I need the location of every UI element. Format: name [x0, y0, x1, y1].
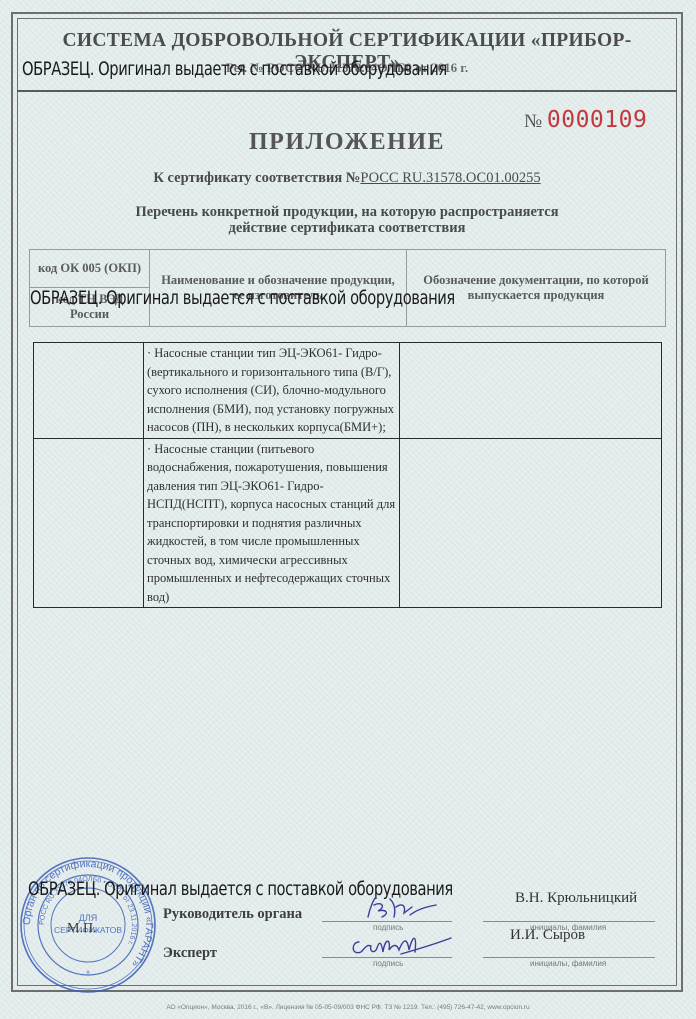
watermark-middle: ОБРАЗЕЦ. Оригинал выдается с поставкой о… — [30, 287, 455, 309]
certificate-reference-number: РОСС RU.31578.ОС01.00255 — [360, 170, 540, 186]
product-docs-cell — [400, 438, 662, 608]
header-divider — [17, 90, 677, 92]
head-of-body-name: В.Н. Крюльницкий — [515, 890, 637, 907]
watermark-top: ОБРАЗЕЦ. Оригинал выдается с поставкой о… — [22, 58, 447, 80]
expert-name-line — [483, 957, 655, 958]
product-code-cell — [34, 438, 144, 608]
head-of-body-label: Руководитель органа — [163, 906, 302, 923]
expert-label: Эксперт — [163, 945, 217, 962]
product-name-cell: · Насосные станции тип ЭЦ-ЭКО61- Гидро- … — [144, 343, 400, 439]
expert-name-caption: инициалы, фамилия — [530, 959, 606, 968]
product-name-cell: · Насосные станции (питьевого водоснабже… — [144, 438, 400, 608]
products-table: · Насосные станции тип ЭЦ-ЭКО61- Гидро- … — [33, 342, 662, 608]
product-docs-cell — [400, 343, 662, 439]
head-name-line — [483, 921, 655, 922]
table-row: · Насосные станции тип ЭЦ-ЭКО61- Гидро- … — [34, 343, 662, 439]
head-signature — [360, 893, 440, 925]
printer-footer: АО «Опцион», Москва, 2016 г., «В». Лицен… — [0, 1004, 696, 1011]
certificate-reference: К сертификату соответствия №РОСС RU.3157… — [17, 170, 677, 187]
list-title: Перечень конкретной продукции, на котору… — [17, 204, 677, 236]
svg-text:*: * — [86, 969, 90, 979]
appendix-title: ПРИЛОЖЕНИЕ — [17, 129, 677, 156]
list-title-line-1: Перечень конкретной продукции, на котору… — [17, 204, 677, 220]
expert-signature — [345, 930, 455, 964]
table-row: · Насосные станции (питьевого водоснабже… — [34, 438, 662, 608]
list-title-line-2: действие сертификата соответствия — [17, 220, 677, 236]
product-code-cell — [34, 343, 144, 439]
expert-name: И.И. Сыров — [510, 927, 585, 944]
certificate-reference-label: К сертификату соответствия № — [153, 170, 360, 186]
stamp-place-label: М.П. — [67, 921, 97, 937]
header-code-okp: код ОК 005 (ОКП) — [30, 250, 150, 288]
